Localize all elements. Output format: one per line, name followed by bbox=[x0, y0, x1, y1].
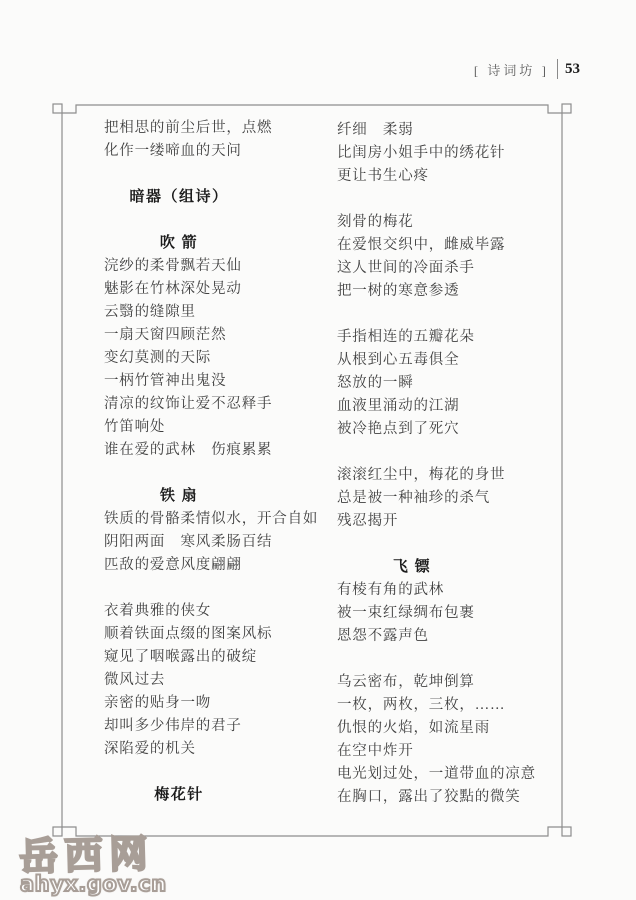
poem-line: 微风过去 bbox=[104, 669, 344, 692]
blank-row bbox=[337, 188, 577, 211]
poem-line: 在空中炸开 bbox=[337, 740, 577, 763]
section-label: [ 诗词坊 ] bbox=[474, 60, 549, 79]
blank-row bbox=[337, 533, 577, 556]
poem-line: 窥见了咽喉露出的破绽 bbox=[104, 646, 344, 669]
poem-line: 被冷艳点到了死穴 bbox=[337, 418, 577, 441]
watermark-site-name: 岳西网 bbox=[19, 834, 167, 876]
poem-line: 云翳的缝隙里 bbox=[104, 301, 344, 324]
poem-line: 乌云密布，乾坤倒算 bbox=[337, 671, 577, 694]
poem-line: 化作一缕啼血的天问 bbox=[104, 140, 344, 163]
poem-line: 手指相连的五瓣花朵 bbox=[337, 326, 577, 349]
poem-line: 一扇天窗四顾茫然 bbox=[104, 324, 344, 347]
poem-line: 残忍揭开 bbox=[337, 510, 577, 533]
blank-row bbox=[104, 577, 344, 600]
poem-heading: 吹 箭 bbox=[104, 232, 254, 255]
poem-line: 清凉的纹饰让爱不忍释手 bbox=[104, 393, 344, 416]
poem-line: 铁质的骨骼柔情似水，开合自如 bbox=[104, 508, 344, 531]
page-number: 53 bbox=[565, 61, 580, 78]
blank-row bbox=[104, 209, 344, 232]
poem-line: 深陷爱的机关 bbox=[104, 738, 344, 761]
poem-line: 魅影在竹林深处晃动 bbox=[104, 278, 344, 301]
blank-row bbox=[337, 303, 577, 326]
poem-heading: 飞 镖 bbox=[337, 556, 487, 579]
poem-line: 把一树的寒意参透 bbox=[337, 280, 577, 303]
poem-heading: 梅花针 bbox=[104, 784, 254, 807]
blank-row bbox=[104, 462, 344, 485]
poem-line: 仇恨的火焰，如流星雨 bbox=[337, 717, 577, 740]
poem-line: 滚滚红尘中，梅花的身世 bbox=[337, 464, 577, 487]
poem-heading: 暗器（组诗） bbox=[104, 186, 254, 209]
poem-line: 顺着铁面点缀的图案风标 bbox=[104, 623, 344, 646]
poem-line: 在胸口，露出了狡點的微笑 bbox=[337, 786, 577, 809]
poem-line: 谁在爱的武林 伤痕累累 bbox=[104, 439, 344, 462]
poem-line: 总是被一种袖珍的杀气 bbox=[337, 487, 577, 510]
poem-line: 在爱恨交织中，雌威毕露 bbox=[337, 234, 577, 257]
poem-line: 从根到心五毒俱全 bbox=[337, 349, 577, 372]
frame-corner-square-top-left bbox=[53, 104, 62, 113]
site-watermark: 岳西网 ahyx.gov.cn bbox=[20, 838, 167, 895]
poem-line: 阴阳两面 寒风柔肠百结 bbox=[104, 531, 344, 554]
poem-line: 电光划过处，一道带血的凉意 bbox=[337, 763, 577, 786]
frame-corner-square-bottom-right bbox=[562, 827, 571, 836]
poem-line: 浣纱的柔骨飘若天仙 bbox=[104, 255, 344, 278]
frame-corner-square-top-right bbox=[562, 104, 571, 113]
poem-line: 匹敌的爱意风度翩翩 bbox=[104, 554, 344, 577]
poem-line: 恩怨不露声色 bbox=[337, 625, 577, 648]
poem-heading: 铁 扇 bbox=[104, 485, 254, 508]
poem-line: 有棱有角的武林 bbox=[337, 579, 577, 602]
poem-line: 纤细 柔弱 bbox=[337, 119, 577, 142]
poem-line: 刻骨的梅花 bbox=[337, 211, 577, 234]
poem-line: 被一束红绿绸布包裹 bbox=[337, 602, 577, 625]
poem-line: 衣着典雅的侠女 bbox=[104, 600, 344, 623]
poem-line: 怒放的一瞬 bbox=[337, 372, 577, 395]
poem-line: 把相思的前尘后世，点燃 bbox=[104, 117, 344, 140]
blank-row bbox=[337, 441, 577, 464]
poem-line: 一枚，两枚，三枚，…… bbox=[337, 694, 577, 717]
page-header: [ 诗词坊 ] 53 bbox=[474, 58, 580, 80]
poem-line: 竹笛响处 bbox=[104, 416, 344, 439]
poem-line: 更让书生心疼 bbox=[337, 165, 577, 188]
poem-line: 比闺房小姐手中的绣花针 bbox=[337, 142, 577, 165]
blank-row bbox=[104, 163, 344, 186]
poem-line: 一柄竹管神出鬼没 bbox=[104, 370, 344, 393]
poem-column-right: 纤细 柔弱比闺房小姐手中的绣花针更让书生心疼刻骨的梅花在爱恨交织中，雌威毕露这人… bbox=[337, 119, 577, 809]
poem-line: 却叫多少伟岸的君子 bbox=[104, 715, 344, 738]
poem-line: 亲密的贴身一吻 bbox=[104, 692, 344, 715]
header-divider bbox=[557, 59, 558, 79]
poem-column-left: 把相思的前尘后世，点燃化作一缕啼血的天问暗器（组诗）吹 箭浣纱的柔骨飘若天仙魅影… bbox=[104, 117, 344, 807]
poem-line: 这人世间的冷面杀手 bbox=[337, 257, 577, 280]
blank-row bbox=[104, 761, 344, 784]
poem-line: 血液里涌动的江湖 bbox=[337, 395, 577, 418]
poem-line: 变幻莫测的天际 bbox=[104, 347, 344, 370]
blank-row bbox=[337, 648, 577, 671]
